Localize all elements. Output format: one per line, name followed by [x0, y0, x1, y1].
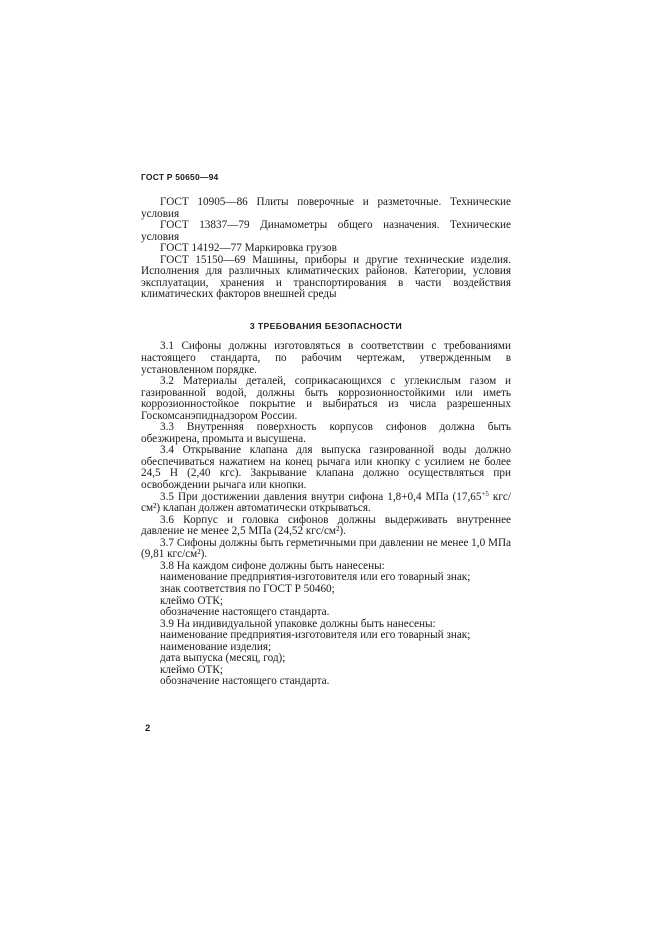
clause-3-7: 3.7 Сифоны должны быть герметичными при …: [141, 538, 511, 561]
tolerance-superscript: +5: [481, 490, 488, 498]
document-page: ГОСТ Р 50650—94 ГОСТ 10905—86 Плиты пове…: [0, 0, 661, 935]
clause-3-3: 3.3 Внутренняя поверхность корпусов сифо…: [141, 422, 511, 445]
clause-3-5: 3.5 При достижении давления внутри сифон…: [141, 492, 511, 515]
clause-3-2: 3.2 Материалы деталей, соприкасающихся с…: [141, 376, 511, 422]
clause-3-1: 3.1 Сифоны должны изготовляться в соотве…: [141, 341, 511, 376]
page-number: 2: [145, 723, 150, 734]
clause-3-8-item: знак соответствия по ГОСТ Р 50460;: [141, 584, 511, 596]
clause-3-6: 3.6 Корпус и головка сифонов должны выде…: [141, 515, 511, 538]
clause-3-4: 3.4 Открывание клапана для выпуска газир…: [141, 445, 511, 491]
clause-3-9-item: наименование предприятия-изготовителя ил…: [141, 630, 511, 642]
reference-gost-10905: ГОСТ 10905—86 Плиты поверочные и размето…: [141, 197, 511, 220]
reference-gost-15150: ГОСТ 15150—69 Машины, приборы и другие т…: [141, 255, 511, 301]
section-heading: 3 ТРЕБОВАНИЯ БЕЗОПАСНОСТИ: [141, 321, 511, 333]
running-header: ГОСТ Р 50650—94: [141, 172, 218, 182]
reference-gost-14192: ГОСТ 14192—77 Маркировка грузов: [141, 243, 511, 255]
page-body: ГОСТ 10905—86 Плиты поверочные и размето…: [141, 197, 511, 688]
clause-3-5-text: 3.5 При достижении давления внутри сифон…: [160, 491, 481, 503]
clause-3-8-item: обозначение настоящего стандарта.: [141, 607, 511, 619]
reference-gost-13837: ГОСТ 13837—79 Динамометры общего назначе…: [141, 220, 511, 243]
clause-3-9-item: обозначение настоящего стандарта.: [141, 676, 511, 688]
